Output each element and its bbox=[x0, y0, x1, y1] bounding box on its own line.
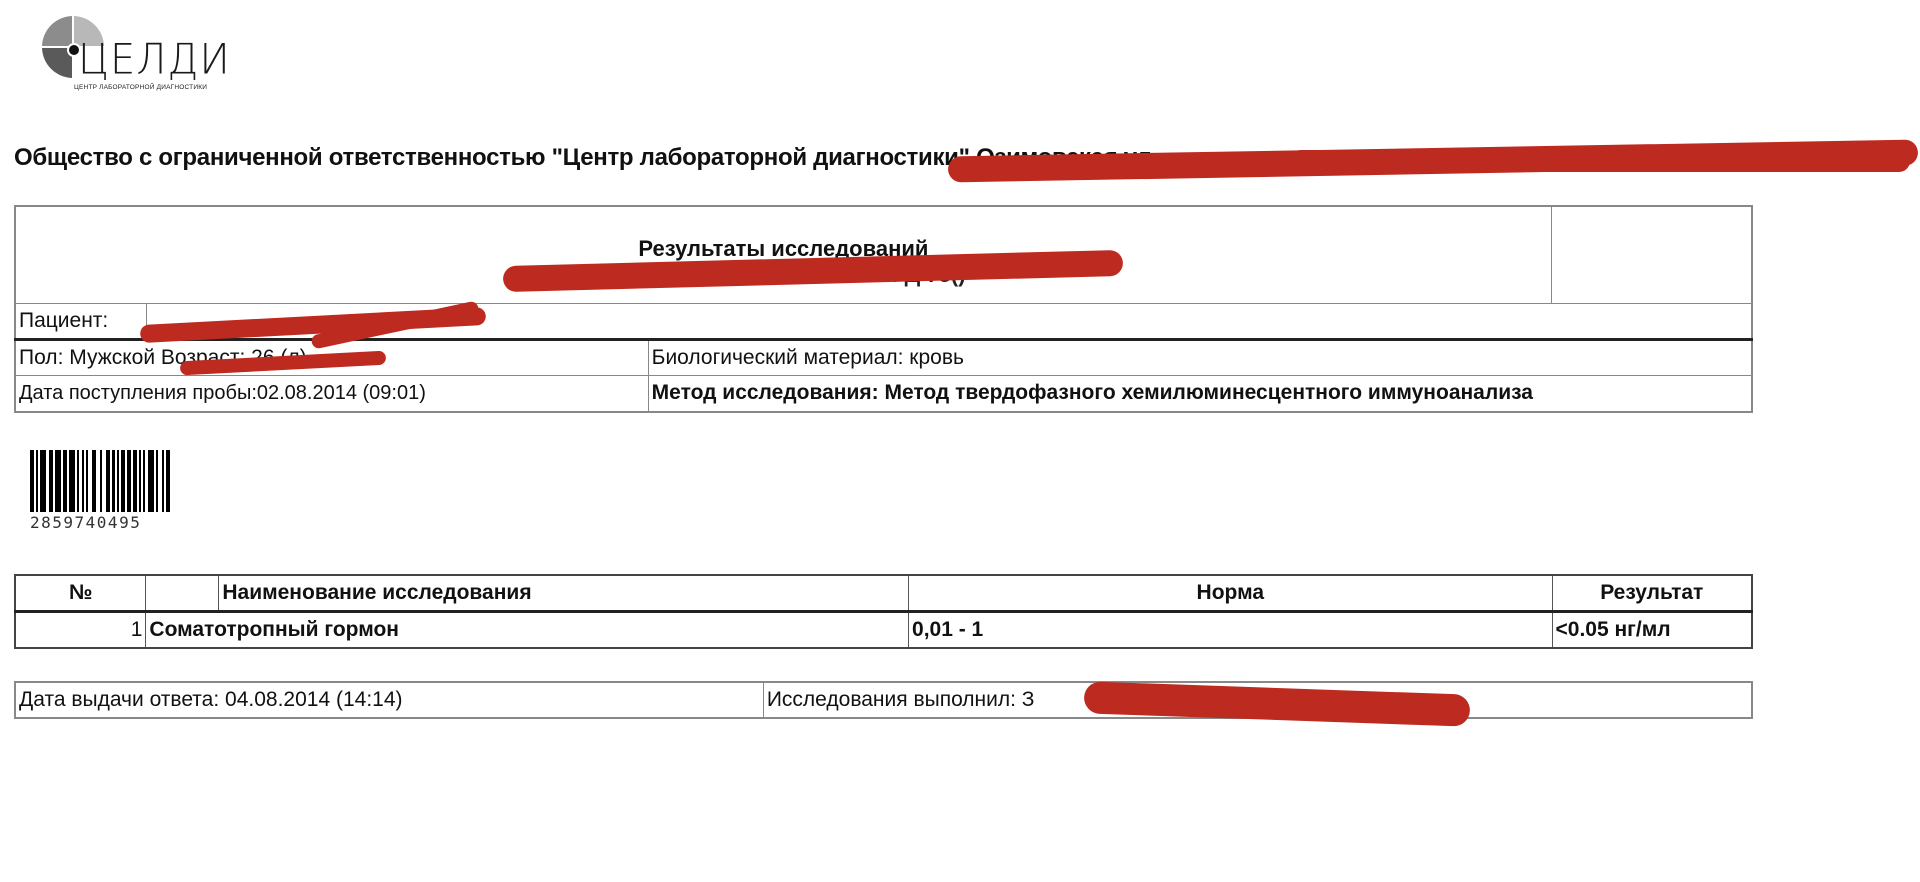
sample-date: Дата поступления пробы:02.08.2014 (09:01… bbox=[15, 376, 648, 412]
test-result: <0.05 нг/мл bbox=[1552, 612, 1752, 649]
barcode-number: 2859740495 bbox=[30, 513, 170, 532]
bio-material: Биологический материал: кровь bbox=[648, 340, 1752, 376]
test-name: Соматотропный гормон bbox=[146, 612, 909, 649]
barcode: 2859740495 bbox=[30, 450, 170, 532]
redaction-mark bbox=[1290, 150, 1910, 172]
logo-subtitle: ЦЕНТР ЛАБОРАТОРНОЙ ДИАГНОСТИКИ bbox=[74, 84, 207, 91]
col-header-norm: Норма bbox=[909, 575, 1553, 612]
col-header-name: Наименование исследования bbox=[219, 575, 909, 612]
report-info-table: Результаты исследований № Л-00000073 от … bbox=[14, 205, 1753, 413]
col-header-blank bbox=[146, 575, 219, 612]
report-title-cell: Результаты исследований № Л-00000073 от … bbox=[15, 206, 1551, 304]
report-empty-cell bbox=[1551, 206, 1752, 304]
barcode-bars-icon bbox=[30, 450, 170, 512]
test-norm: 0,01 - 1 bbox=[909, 612, 1553, 649]
footer-table: Дата выдачи ответа: 04.08.2014 (14:14) И… bbox=[14, 681, 1753, 719]
research-method: Метод исследования: Метод твердофазного … bbox=[648, 376, 1752, 412]
table-row: 1 Соматотропный гормон 0,01 - 1 <0.05 нг… bbox=[15, 612, 1752, 649]
results-table: № Наименование исследования Норма Резуль… bbox=[14, 574, 1753, 649]
company-logo: ЦЕЛДИ ЦЕНТР ЛАБОРАТОРНОЙ ДИАГНОСТИКИ bbox=[40, 14, 230, 98]
row-number: 1 bbox=[15, 612, 146, 649]
issue-date: Дата выдачи ответа: 04.08.2014 (14:14) bbox=[15, 682, 763, 718]
col-header-result: Результат bbox=[1552, 575, 1752, 612]
logo-wordmark: ЦЕЛДИ bbox=[78, 39, 231, 81]
col-header-number: № bbox=[15, 575, 146, 612]
patient-label: Пациент: bbox=[15, 304, 146, 340]
